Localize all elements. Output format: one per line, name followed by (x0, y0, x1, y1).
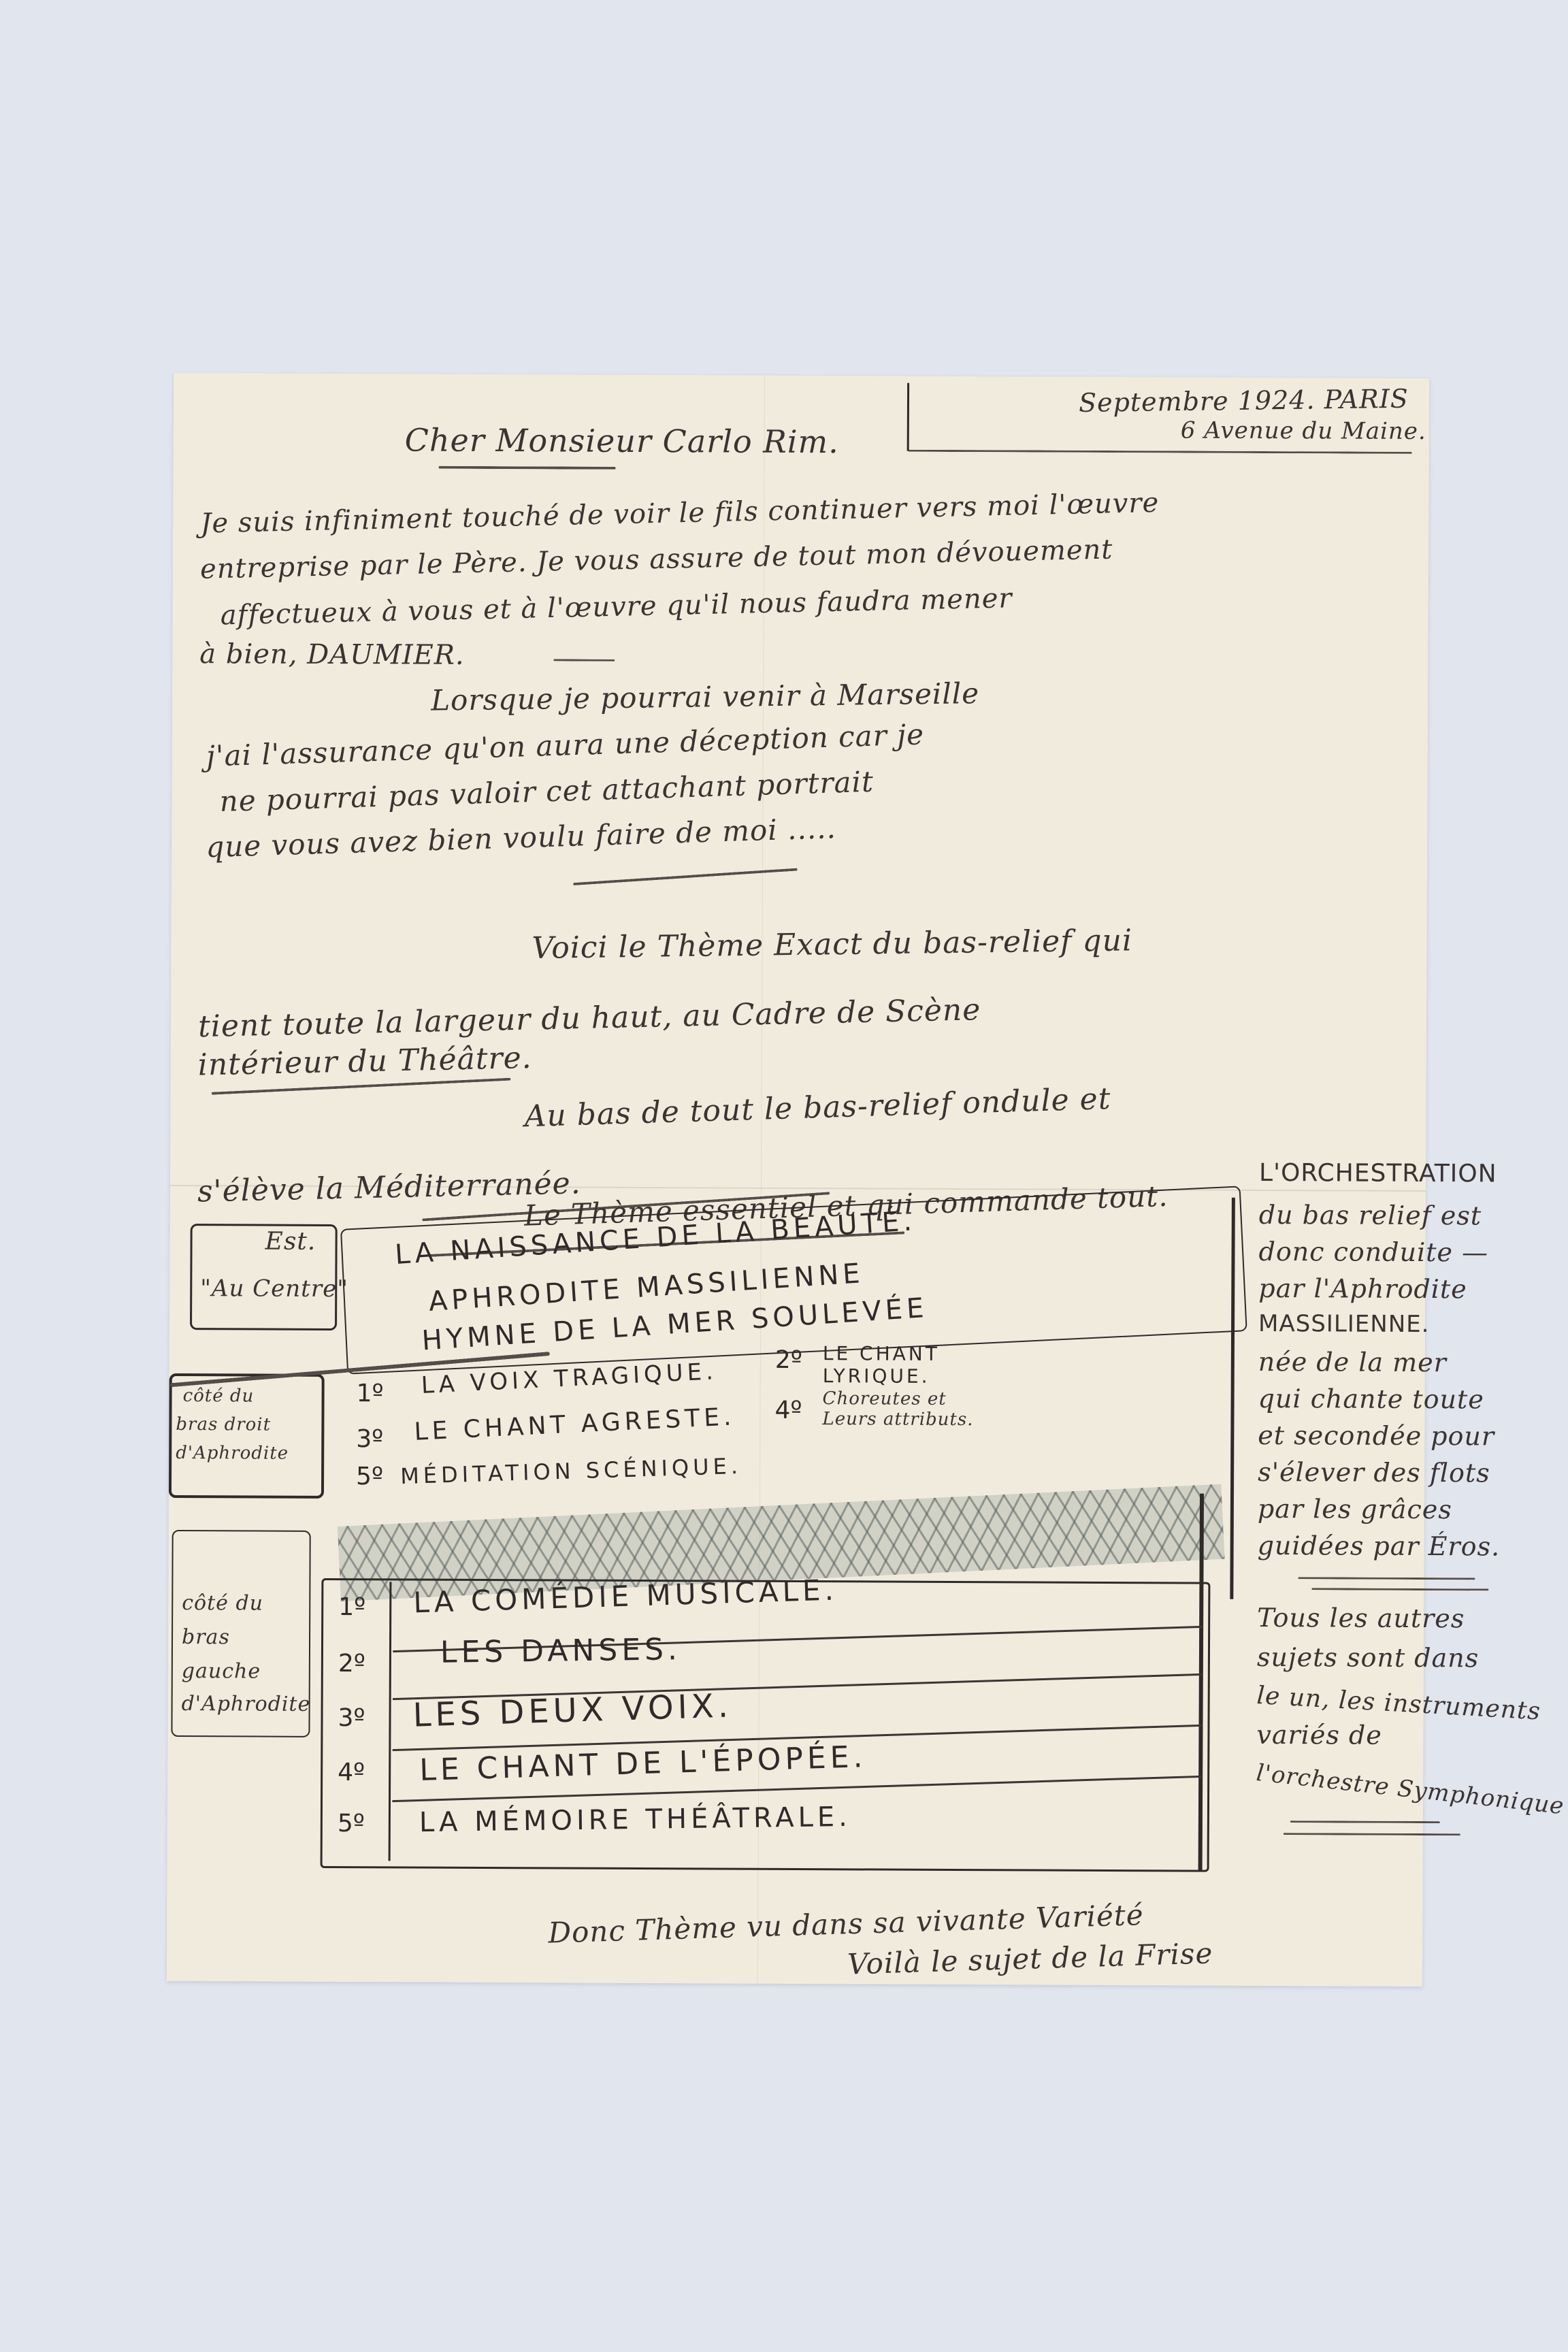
side-note-rule-3 (1290, 1820, 1440, 1823)
side-note-line-5: MASSILIENNE. (1258, 1310, 1430, 1338)
right-arm-num-1: 1º (357, 1379, 384, 1407)
right-arm-label-2: bras droit (176, 1414, 271, 1435)
dateline-bracket (907, 383, 909, 451)
side-note-rule-2 (1311, 1588, 1488, 1590)
side-note-line-7: qui chante toute (1258, 1384, 1484, 1414)
dateline-date: Septembre 1924. PARIS (1079, 384, 1409, 418)
dateline-rule (909, 450, 1412, 454)
side-note-line-6: née de la mer (1258, 1347, 1447, 1377)
left-arm-row-5: LA MÉMOIRE THÉÂTRALE. (419, 1801, 851, 1838)
body-line-9: Voici le Thème Exact du bas-relief qui (532, 923, 1132, 966)
side-note2-line-2: sujets sont dans (1257, 1642, 1479, 1673)
left-arm-label-4: d'Aphrodite (182, 1692, 311, 1716)
closing-line-2: Voilà le sujet de la Frise (847, 1936, 1213, 1980)
left-arm-num-3: 3º (338, 1704, 365, 1732)
body-line-11: intérieur du Théâtre. (197, 1041, 532, 1083)
left-arm-label-3: gauche (182, 1659, 261, 1684)
salutation: Cher Monsieur Carlo Rim. (405, 421, 839, 460)
center-label-prefix: Est. (265, 1228, 316, 1256)
left-arm-num-1: 1º (338, 1593, 365, 1621)
side-note-line-9: s'élever des flots (1258, 1457, 1490, 1488)
daumier-rule (553, 659, 615, 661)
left-arm-label-2: bras (182, 1625, 230, 1649)
side-note-line-8: et secondée pour (1258, 1420, 1494, 1452)
right-arm-row-5: MÉDITATION SCÉNIQUE. (400, 1453, 742, 1489)
left-arm-row-2: LES DANSES. (440, 1632, 682, 1670)
body-line-8: que vous avez bien voulu faire de moi ..… (206, 811, 837, 864)
portrait-underline (573, 868, 798, 885)
body-line-5: Lorsque je pourrai venir à Marseille (431, 676, 980, 717)
salutation-underline (439, 466, 616, 470)
body-line-3: affectueux à vous et à l'œuvre qu'il nou… (220, 583, 1013, 631)
side-note-line-3: donc conduite — (1258, 1237, 1488, 1267)
body-line-7: ne pourrai pas valoir cet attachant port… (219, 765, 875, 818)
center-label-text: "Au Centre" (200, 1275, 348, 1303)
side-note-line-11: guidées par Éros. (1258, 1531, 1501, 1562)
body-line-12: Au bas de tout le bas-relief ondule et (524, 1081, 1111, 1134)
right-arm-row-3: LE CHANT AGRESTE. (414, 1403, 736, 1446)
side-note2-line-1: Tous les autres (1257, 1603, 1465, 1633)
side-note2-line-3: le un, les instruments (1256, 1682, 1542, 1726)
right-arm-num-5: 5º (356, 1463, 383, 1490)
side-note-line-1: L'ORCHESTRATION (1259, 1159, 1497, 1188)
right-arm-num-4: 4º (774, 1396, 802, 1424)
left-arm-num-2: 2º (338, 1650, 365, 1678)
body-line-6: j'ai l'assurance qu'on aura une déceptio… (206, 717, 924, 772)
side-note-line-4: par l'Aphrodite (1258, 1273, 1467, 1304)
left-arm-num-5: 5º (338, 1810, 365, 1837)
left-arm-label-1: côté du (182, 1591, 263, 1616)
body-line-4: à bien, DAUMIER. (199, 638, 464, 671)
right-arm-num-2: 2º (775, 1346, 802, 1374)
left-arm-num-4: 4º (338, 1759, 365, 1786)
side-note-rule-1 (1298, 1577, 1475, 1580)
letter-page: Septembre 1924. PARIS 6 Avenue du Maine.… (167, 373, 1429, 1987)
side-note-line-2: du bas relief est (1259, 1200, 1482, 1230)
body-line-2: entreprise par le Père. Je vous assure d… (200, 534, 1113, 585)
body-line-10: tient toute la largeur du haut, au Cadre… (198, 992, 981, 1044)
side-note-line-10: par les grâces (1258, 1494, 1452, 1524)
right-arm-label-3: d'Aphrodite (176, 1443, 289, 1464)
side-note2-line-4: variés de (1256, 1720, 1382, 1750)
side-note2-line-5: l'orchestre Symphonique (1255, 1759, 1565, 1820)
dateline-address: 6 Avenue du Maine. (1181, 416, 1426, 445)
side-note-rule-4 (1284, 1833, 1460, 1835)
right-arm-row-2: LE CHANT LYRIQUE. (823, 1342, 986, 1388)
right-arm-num-3: 3º (356, 1425, 383, 1453)
right-arm-row-4: Choreutes et Leurs attributs. (822, 1388, 999, 1430)
right-arm-label-1: côté du (183, 1386, 255, 1406)
body-line-1: Je suis infiniment touché de voir le fil… (200, 487, 1160, 540)
